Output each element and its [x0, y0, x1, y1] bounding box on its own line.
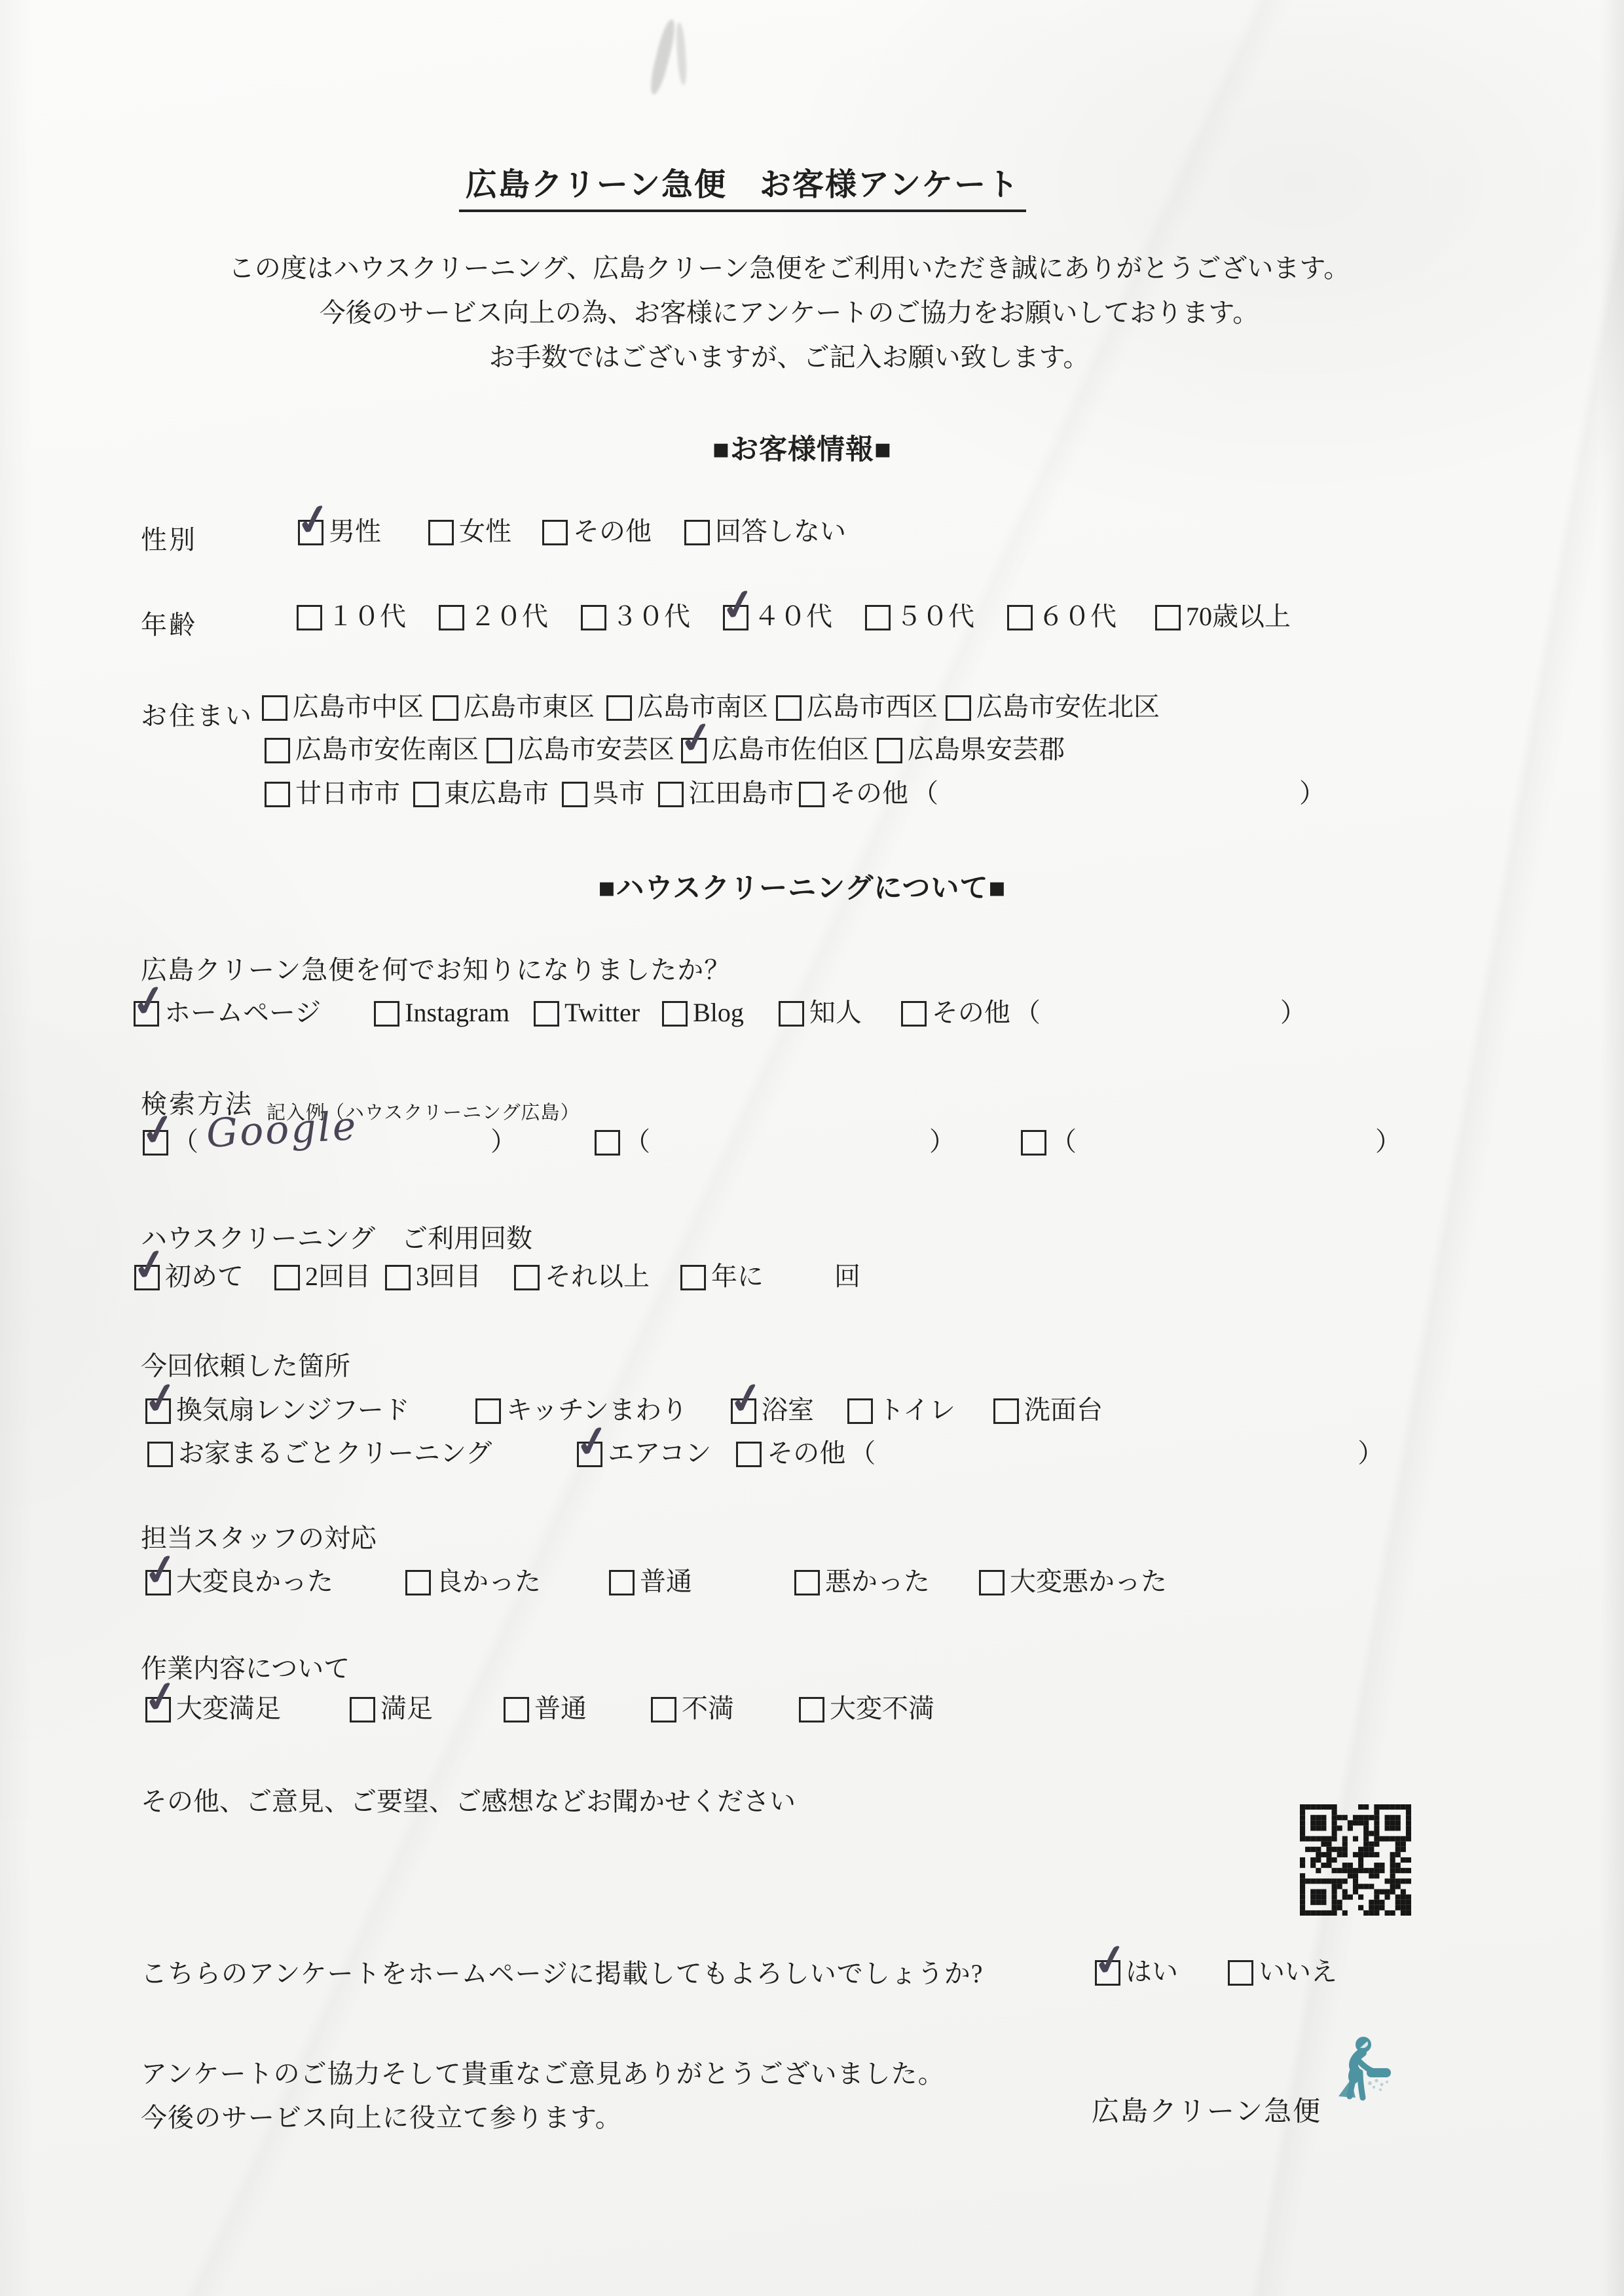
requested-areas-label: 今回依頼した箇所	[141, 1352, 350, 1381]
checkbox-label: 大変不満	[830, 1694, 934, 1723]
handwritten-value: Google	[206, 1106, 359, 1154]
paren-open: （	[624, 1127, 650, 1156]
checkbox[interactable]	[1228, 1960, 1253, 1986]
checkbox[interactable]	[799, 782, 824, 807]
checkbox-option[interactable]: 女性	[428, 517, 511, 546]
residence-label: お住まい	[141, 695, 253, 733]
checkbox-label: 広島県安芸郡	[908, 735, 1065, 764]
age-label: 年齢	[141, 604, 197, 642]
how-found-question: 広島クリーン急便を何でお知りになりましたか？	[141, 956, 731, 985]
how-found-options: ✓ホームページInstagramTwitterBlog知人その他（）	[134, 998, 1342, 1027]
paren-open: （	[912, 779, 938, 808]
checkbox[interactable]	[609, 1570, 635, 1595]
checkbox[interactable]: ✓	[145, 1398, 171, 1424]
checkbox-option[interactable]: 広島県安芸郡	[877, 735, 1065, 764]
checkbox[interactable]	[877, 738, 902, 763]
checkbox-option[interactable]: 大変悪かった	[979, 1567, 1167, 1596]
checkbox[interactable]	[439, 605, 464, 630]
scan-smudge	[675, 22, 688, 86]
paren-close: ）	[1357, 1439, 1384, 1468]
checkbox-option[interactable]: ✓エアコン	[577, 1439, 711, 1468]
checkbox-option[interactable]: Instagram	[374, 998, 509, 1027]
checkbox-label: ホームページ	[164, 998, 321, 1027]
checkbox-label: 洗面台	[1024, 1396, 1103, 1425]
checkbox[interactable]: ✓	[681, 738, 707, 763]
cleaning-person-logo-icon	[1329, 2035, 1401, 2120]
checkbox-option[interactable]: その他（）	[799, 779, 1325, 808]
staff-response-options: ✓大変良かった良かった普通悪かった大変悪かった	[145, 1567, 1226, 1596]
checkbox-label: 広島市安佐南区	[295, 735, 479, 764]
checkbox-label: 広島市西区	[807, 693, 938, 721]
checkbox-option[interactable]: ✓４０代	[723, 602, 832, 631]
checkbox-option[interactable]: 回答しない	[684, 517, 846, 546]
checkbox[interactable]: ✓	[731, 1398, 756, 1424]
checkbox-option[interactable]: 広島市南区	[606, 693, 768, 721]
paren-open: （	[849, 1439, 876, 1468]
checkbox[interactable]	[776, 695, 802, 721]
checkbox[interactable]	[413, 782, 439, 807]
checkbox-label: 70歳以上	[1186, 602, 1291, 631]
intro-line: お手数ではございますが、ご記入お願い致します。	[0, 335, 1601, 380]
checkbox-label: 回答しない	[715, 517, 846, 546]
paren-close: ）	[490, 1127, 517, 1156]
suffix-label: 回	[834, 1262, 860, 1291]
checkbox[interactable]	[1021, 1130, 1046, 1156]
checkbox-label: いいえ	[1259, 1958, 1337, 1986]
checkbox-label: 広島市佐伯区	[712, 735, 869, 764]
checkbox-option[interactable]: 広島市安佐南区	[265, 735, 479, 764]
checkbox[interactable]	[487, 738, 512, 763]
checkbox-option[interactable]: ✓大変良かった	[145, 1567, 333, 1596]
write-in-field[interactable]	[938, 779, 1295, 786]
closing-line: アンケートのご協力そして貴重なご意見ありがとうございました。	[141, 2053, 945, 2090]
checkbox-option[interactable]: トイレ	[847, 1396, 955, 1425]
checkbox-label: 浴室	[762, 1396, 814, 1425]
write-in-field[interactable]	[764, 1262, 834, 1269]
checkbox-option[interactable]: 普通	[609, 1567, 692, 1596]
checkbox[interactable]	[542, 520, 568, 545]
checkbox[interactable]	[262, 695, 287, 721]
checkbox-option[interactable]: ✓初めて	[134, 1262, 244, 1291]
checkbox-option[interactable]: 知人	[779, 998, 862, 1027]
checkbox-label: 普通	[640, 1567, 692, 1596]
checkbox-option[interactable]: 広島市西区	[776, 693, 938, 721]
checkbox[interactable]	[595, 1130, 620, 1156]
paren-close: ）	[1280, 998, 1306, 1027]
checkbox-label: その他	[573, 517, 652, 546]
checkbox[interactable]: ✓	[577, 1442, 602, 1467]
checkbox[interactable]	[993, 1398, 1019, 1424]
comments-label: その他、ご意見、ご要望、ご感想などお聞かせください	[141, 1787, 796, 1816]
checkbox-label: 年に	[711, 1262, 764, 1291]
checkbox[interactable]	[979, 1570, 1005, 1595]
checkbox-label: 満足	[380, 1694, 433, 1723]
checkbox-label: 広島市中区	[293, 693, 424, 721]
checkbox-option[interactable]: 大変不満	[799, 1694, 934, 1723]
checkbox-option[interactable]: 3回目	[385, 1262, 481, 1291]
checkbox-option[interactable]: 満足	[350, 1694, 433, 1723]
search-method-entries: ✓（Google）（）（）	[143, 1127, 1401, 1156]
checkbox[interactable]	[562, 782, 587, 807]
checkbox[interactable]	[662, 1001, 688, 1027]
checkbox-label: 広島市南区	[637, 693, 768, 721]
checkbox[interactable]: ✓	[1095, 1960, 1120, 1986]
checkbox[interactable]	[433, 695, 458, 721]
checkbox[interactable]	[847, 1398, 873, 1424]
checkbox[interactable]	[374, 1001, 399, 1027]
scan-smudge	[647, 18, 678, 96]
checkbox[interactable]	[265, 738, 290, 763]
checkbox-label: 換気扇レンジフード	[176, 1396, 410, 1425]
checkbox-label: 大変良かった	[176, 1567, 333, 1596]
section-header-customer-info: ■お客様情報■	[0, 428, 1614, 467]
checkbox[interactable]	[147, 1442, 173, 1467]
checkbox-label: その他	[932, 998, 1010, 1027]
checkbox-option[interactable]: 江田島市	[658, 779, 794, 808]
checkbox-option[interactable]: ✓大変満足	[145, 1694, 281, 1723]
checkbox-option[interactable]: 不満	[651, 1694, 734, 1723]
checkbox-option[interactable]: Blog	[662, 998, 744, 1027]
checkbox-option[interactable]: ６０代	[1007, 602, 1116, 631]
checkbox-label: その他	[830, 779, 908, 808]
checkbox[interactable]: ✓	[145, 1697, 171, 1722]
qr-code	[1300, 1804, 1411, 1916]
checkbox[interactable]	[946, 695, 971, 721]
residence-options-row2: 広島市安佐南区広島市安芸区✓広島市佐伯区広島県安芸郡	[265, 735, 1073, 764]
checkbox-label: その他	[767, 1439, 845, 1468]
checkbox[interactable]	[799, 1697, 824, 1722]
checkbox-option[interactable]: 広島市東区	[433, 693, 595, 721]
write-in-field[interactable]	[1041, 998, 1276, 1005]
residence-options-row1: 広島市中区広島市東区広島市南区広島市西区広島市安佐北区	[262, 693, 1169, 721]
checkbox-option[interactable]: キッチンまわり	[475, 1396, 688, 1425]
checkbox[interactable]: ✓	[134, 1265, 160, 1290]
checkbox-option[interactable]: 呉市	[562, 779, 645, 808]
checkbox-option[interactable]: その他	[542, 517, 652, 546]
checkbox-label: 知人	[809, 998, 862, 1027]
checkbox-option[interactable]: ５０代	[865, 602, 974, 631]
checkbox-label: お家まるごとクリーニング	[178, 1439, 492, 1468]
checkbox[interactable]	[736, 1442, 762, 1467]
closing-line: 今後のサービス向上に役立て参ります。	[141, 2097, 622, 2134]
checkbox[interactable]	[901, 1001, 927, 1027]
checkbox-option[interactable]: ✓換気扇レンジフード	[145, 1396, 410, 1425]
section-header-housecleaning: ■ハウスクリーニングについて■	[0, 866, 1614, 906]
checkbox[interactable]: ✓	[723, 605, 748, 630]
checkbox-option[interactable]: 洗面台	[993, 1396, 1103, 1425]
checkbox[interactable]	[779, 1001, 804, 1027]
checkbox-label: ６０代	[1038, 602, 1116, 631]
checkbox[interactable]	[350, 1697, 375, 1722]
checkbox-label: 広島市東区	[464, 693, 595, 721]
checkbox-label: 広島市安芸区	[517, 735, 674, 764]
checkbox-option[interactable]: ✓男性	[298, 517, 381, 546]
checkbox-label: 東広島市	[444, 779, 549, 808]
checkbox-label: 悪かった	[825, 1567, 930, 1596]
checkbox-label: Twitter	[564, 998, 640, 1027]
checkbox[interactable]	[274, 1265, 300, 1290]
checkbox-option[interactable]: 年に回	[680, 1262, 860, 1291]
checkbox-label: 2回目	[305, 1262, 371, 1291]
company-name: 広島クリーン急便	[1092, 2090, 1321, 2129]
checkbox-option[interactable]: その他（）	[736, 1439, 1384, 1468]
checkbox-option[interactable]: ✓広島市佐伯区	[681, 735, 869, 764]
checkbox[interactable]	[680, 1265, 706, 1290]
checkbox-option[interactable]: いいえ	[1228, 1958, 1337, 1986]
checkbox[interactable]	[581, 605, 606, 630]
checkbox-label: キッチンまわり	[506, 1396, 688, 1425]
checkbox-option[interactable]: お家まるごとクリーニング	[147, 1439, 492, 1468]
checkbox-label: ４０代	[754, 602, 832, 631]
paren-open: （	[172, 1127, 198, 1156]
checkbox[interactable]	[534, 1001, 559, 1027]
checkbox[interactable]: ✓	[298, 520, 323, 545]
checkbox[interactable]	[865, 605, 891, 630]
checkbox[interactable]	[428, 520, 454, 545]
checkbox-option[interactable]: 廿日市市	[265, 779, 400, 808]
staff-response-label: 担当スタッフの対応	[141, 1524, 377, 1553]
checkbox-label: 呉市	[593, 779, 645, 808]
checkbox[interactable]	[651, 1697, 676, 1722]
checkbox-label: 大変満足	[176, 1694, 281, 1723]
checkbox-label: 普通	[534, 1694, 587, 1723]
intro-text: この度はハウスクリーニング、広島クリーン急便をご利用いただき誠にありがとうござい…	[0, 246, 1601, 380]
checkbox[interactable]	[475, 1398, 501, 1424]
checkbox-option[interactable]: 悪かった	[794, 1567, 930, 1596]
write-in-field[interactable]: Google	[198, 1127, 487, 1134]
checkbox-option[interactable]: 広島市安佐北区	[946, 693, 1160, 721]
checkbox-option[interactable]: 広島市中区	[262, 693, 424, 721]
checkbox-label: トイレ	[878, 1396, 955, 1425]
checkbox-label: ５０代	[896, 602, 974, 631]
checkbox-label: ３０代	[612, 602, 690, 631]
checkbox-option[interactable]: ✓はい	[1095, 1958, 1178, 1986]
work-content-options: ✓大変満足満足普通不満大変不満	[145, 1694, 1000, 1723]
checkbox-option[interactable]: Twitter	[534, 998, 640, 1027]
checkbox-option[interactable]: ✓浴室	[731, 1396, 814, 1425]
write-in-field[interactable]	[650, 1127, 925, 1134]
publish-consent-question: こちらのアンケートをホームページに掲載してもよろしいでしょうか?	[141, 1959, 984, 1988]
gender-options: ✓男性女性その他回答しない	[298, 517, 879, 546]
requested-areas-row1: ✓換気扇レンジフードキッチンまわり✓浴室トイレ洗面台	[145, 1396, 1142, 1425]
paren-open: （	[1050, 1127, 1077, 1156]
checkbox-label: 大変悪かった	[1010, 1567, 1167, 1596]
checkbox-option[interactable]: ３０代	[581, 602, 690, 631]
checkbox-option[interactable]: 良かった	[405, 1567, 541, 1596]
checkbox-label: １０代	[327, 602, 406, 631]
survey-page: 広島クリーン急便 お客様アンケート この度はハウスクリーニング、広島クリーン急便…	[0, 0, 1624, 2296]
checkbox-label: 3回目	[416, 1262, 481, 1291]
checkbox-label: 初めて	[165, 1262, 244, 1291]
usage-count-label: ハウスクリーニング ご利用回数	[141, 1224, 532, 1253]
checkbox[interactable]	[658, 782, 684, 807]
checkbox-label: 広島市安佐北区	[976, 693, 1160, 721]
checkbox-option[interactable]: 2回目	[274, 1262, 371, 1291]
checkbox[interactable]: ✓	[145, 1570, 171, 1595]
checkbox-label: 江田島市	[689, 779, 794, 808]
gender-label: 性別	[141, 519, 197, 556]
checkbox-option[interactable]: その他（）	[901, 998, 1306, 1027]
checkbox[interactable]	[606, 695, 632, 721]
paren-close: ）	[1299, 779, 1325, 808]
checkbox[interactable]	[265, 782, 290, 807]
publish-consent-options: ✓はいいいえ	[1095, 1958, 1387, 1986]
paren-close: ）	[929, 1127, 955, 1156]
checkbox-label: 不満	[682, 1694, 734, 1723]
checkbox[interactable]	[405, 1570, 431, 1595]
checkbox-option[interactable]: ２０代	[439, 602, 548, 631]
checkbox-option[interactable]: それ以上	[514, 1262, 650, 1291]
checkbox[interactable]	[1155, 605, 1181, 630]
checkbox-label: ２０代	[470, 602, 548, 631]
residence-options-row3: 廿日市市東広島市呉市江田島市その他（）	[265, 779, 1337, 808]
checkbox-option[interactable]: 70歳以上	[1155, 602, 1291, 631]
age-options: １０代２０代３０代✓４０代５０代６０代70歳以上	[297, 602, 1323, 631]
checkbox-label: はい	[1126, 1958, 1178, 1986]
checkbox[interactable]	[297, 605, 322, 630]
checkbox[interactable]	[1007, 605, 1033, 630]
search-entry[interactable]: （）	[1021, 1127, 1401, 1156]
paren-open: （	[1014, 998, 1041, 1027]
checkbox-option[interactable]: １０代	[297, 602, 406, 631]
search-entry[interactable]: （）	[595, 1127, 955, 1156]
search-entry[interactable]: ✓（Google）	[143, 1127, 517, 1156]
checkbox[interactable]	[385, 1265, 411, 1290]
checkbox-option[interactable]: 広島市安芸区	[487, 735, 674, 764]
checkbox-label: 女性	[459, 517, 511, 546]
checkbox[interactable]	[794, 1570, 820, 1595]
checkbox-label: 男性	[329, 517, 381, 546]
paren-close: ）	[1375, 1127, 1401, 1156]
checkbox[interactable]	[684, 520, 710, 545]
checkbox[interactable]	[514, 1265, 540, 1290]
checkbox-option[interactable]: 普通	[504, 1694, 587, 1723]
checkbox-label: 廿日市市	[295, 779, 400, 808]
checkbox[interactable]	[504, 1697, 529, 1722]
checkbox-label: 良かった	[436, 1567, 541, 1596]
intro-line: 今後のサービス向上の為、お客様にアンケートのご協力をお願いしております。	[0, 291, 1601, 335]
write-in-field[interactable]	[1077, 1127, 1371, 1134]
checkbox[interactable]: ✓	[134, 1001, 159, 1027]
checkbox-option[interactable]: ✓ホームページ	[134, 998, 321, 1027]
page-title: 広島クリーン急便 お客様アンケート	[0, 159, 1555, 212]
checkbox-option[interactable]: 東広島市	[413, 779, 549, 808]
write-in-field[interactable]	[876, 1439, 1354, 1446]
checkbox-label: それ以上	[545, 1262, 650, 1291]
checkbox-label: Instagram	[405, 998, 509, 1027]
requested-areas-row2: お家まるごとクリーニング✓エアコンその他（）	[147, 1439, 1423, 1468]
usage-count-options: ✓初めて2回目3回目それ以上年に回	[134, 1262, 890, 1291]
work-content-label: 作業内容について	[141, 1654, 350, 1683]
checkbox[interactable]: ✓	[143, 1130, 168, 1156]
intro-line: この度はハウスクリーニング、広島クリーン急便をご利用いただき誠にありがとうござい…	[0, 246, 1601, 291]
checkbox-label: エアコン	[608, 1439, 711, 1468]
checkbox-label: Blog	[693, 998, 744, 1027]
